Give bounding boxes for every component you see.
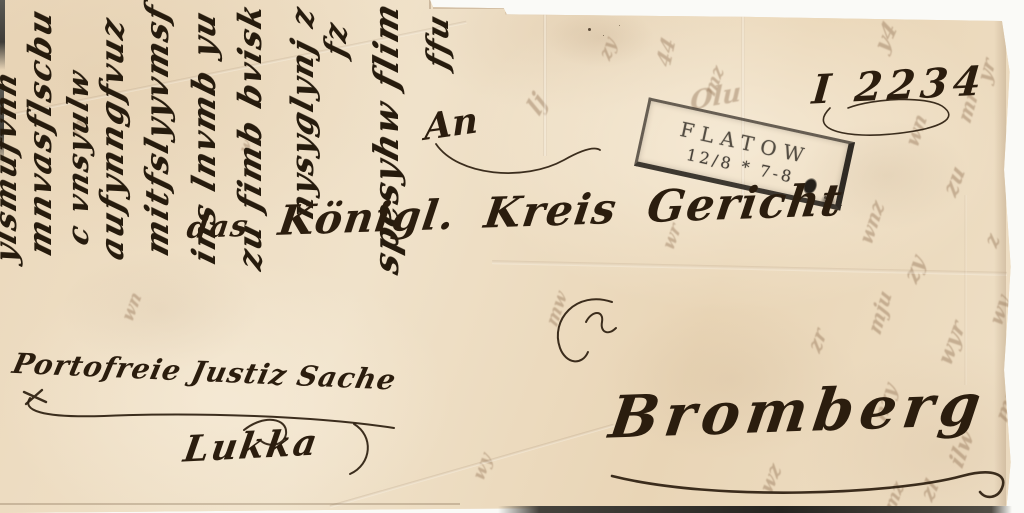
letter-paper: ljzy44mzOluy4yrmrwnzuwnzzyzmjuwyrzrwynzy… [0, 0, 1024, 513]
address-word: Königl. [275, 190, 458, 244]
destination: Bromberg [606, 375, 990, 446]
kurrent-script-line-9: ffu [424, 0, 454, 73]
kurrent-script-line-7: nysyglynj z [288, 9, 319, 223]
address-word: Gericht [644, 175, 846, 233]
address-word: das [185, 209, 252, 246]
scanned-letter-photo: { "document": { "docket_number": "I 2234… [0, 0, 1024, 513]
kurrent-script-line-0: ylsmufvnh [0, 8, 22, 267]
kurrent-script-line-1: mnvasflscbu [24, 10, 56, 259]
kurrent-script-line-2: c vnsyulw [64, 55, 93, 248]
ink-mark-flourish [542, 294, 626, 378]
kurrent-script-line-10: fz [322, 0, 352, 61]
destination-underline [596, 452, 1024, 510]
address-word: Kreis [482, 184, 621, 238]
kurrent-script-line-3: aufynngfvuz [96, 4, 128, 263]
kurrent-script-line-4: mitfslyyvmsf [141, 15, 173, 259]
scan-shadow-strip [498, 506, 1012, 513]
signature-flourish [148, 412, 388, 490]
